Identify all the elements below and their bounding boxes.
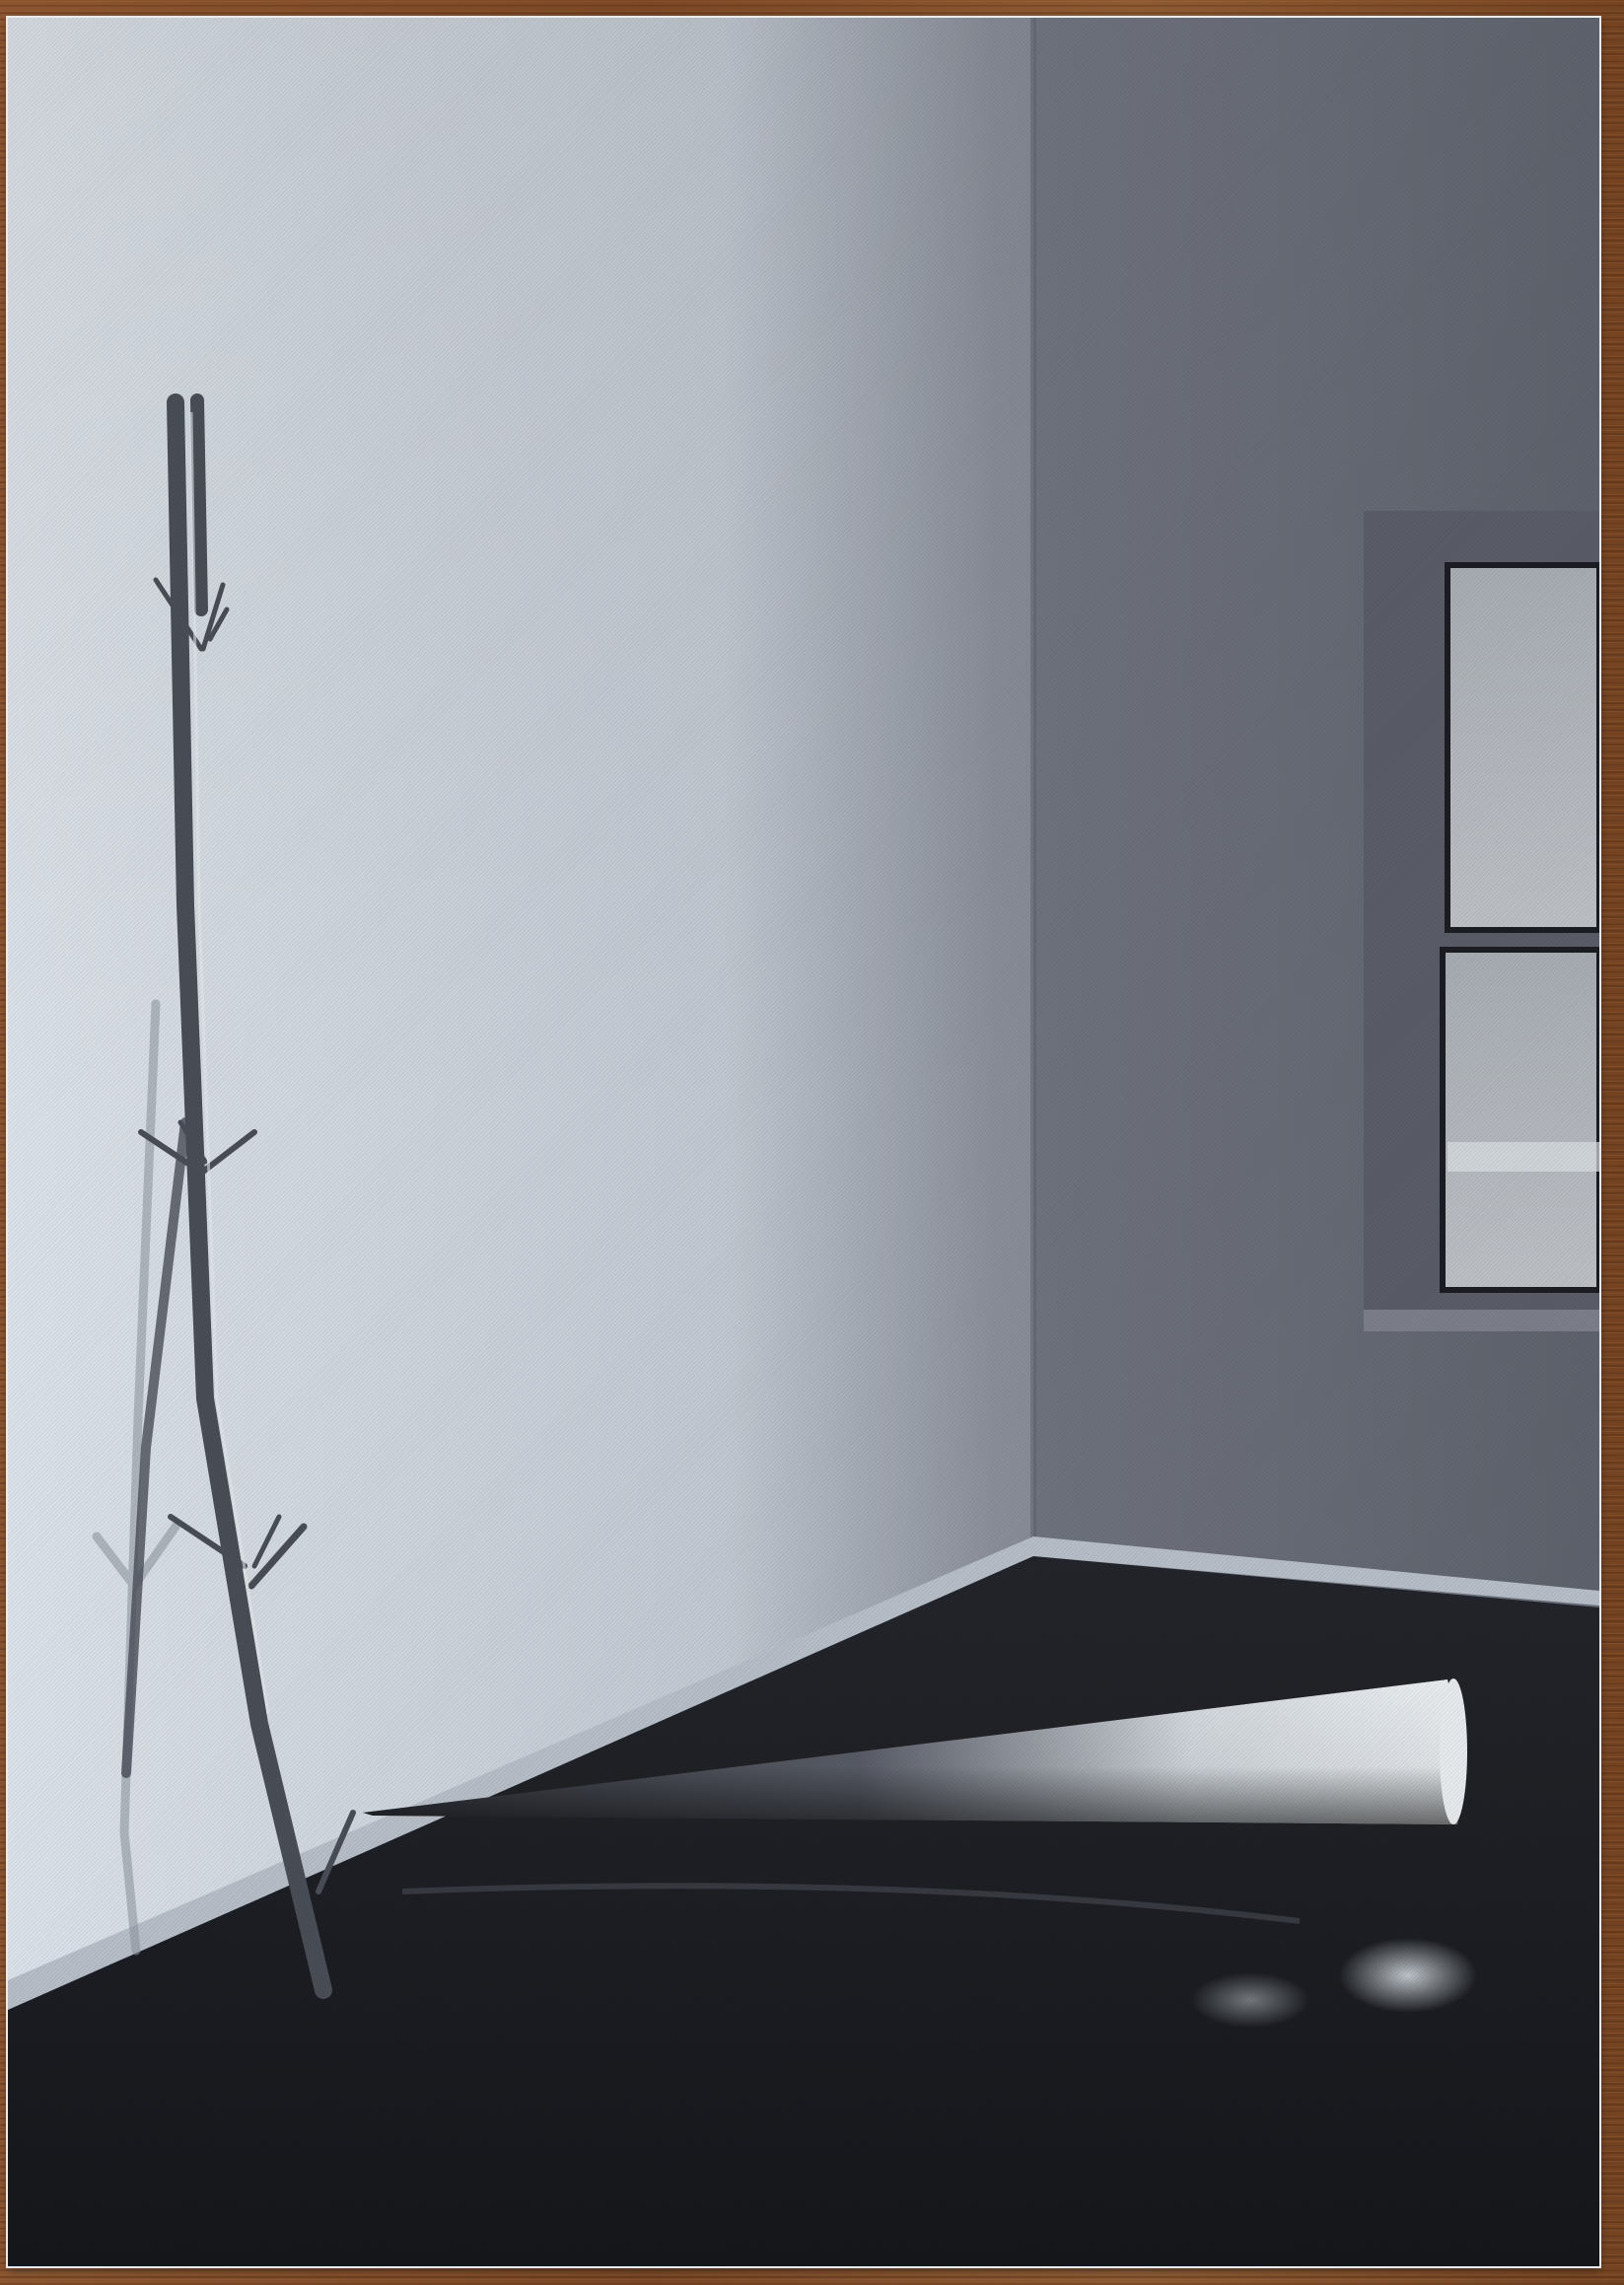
postcard	[8, 18, 1599, 2266]
installation-photo	[8, 18, 1599, 2266]
window	[1364, 511, 1599, 1331]
